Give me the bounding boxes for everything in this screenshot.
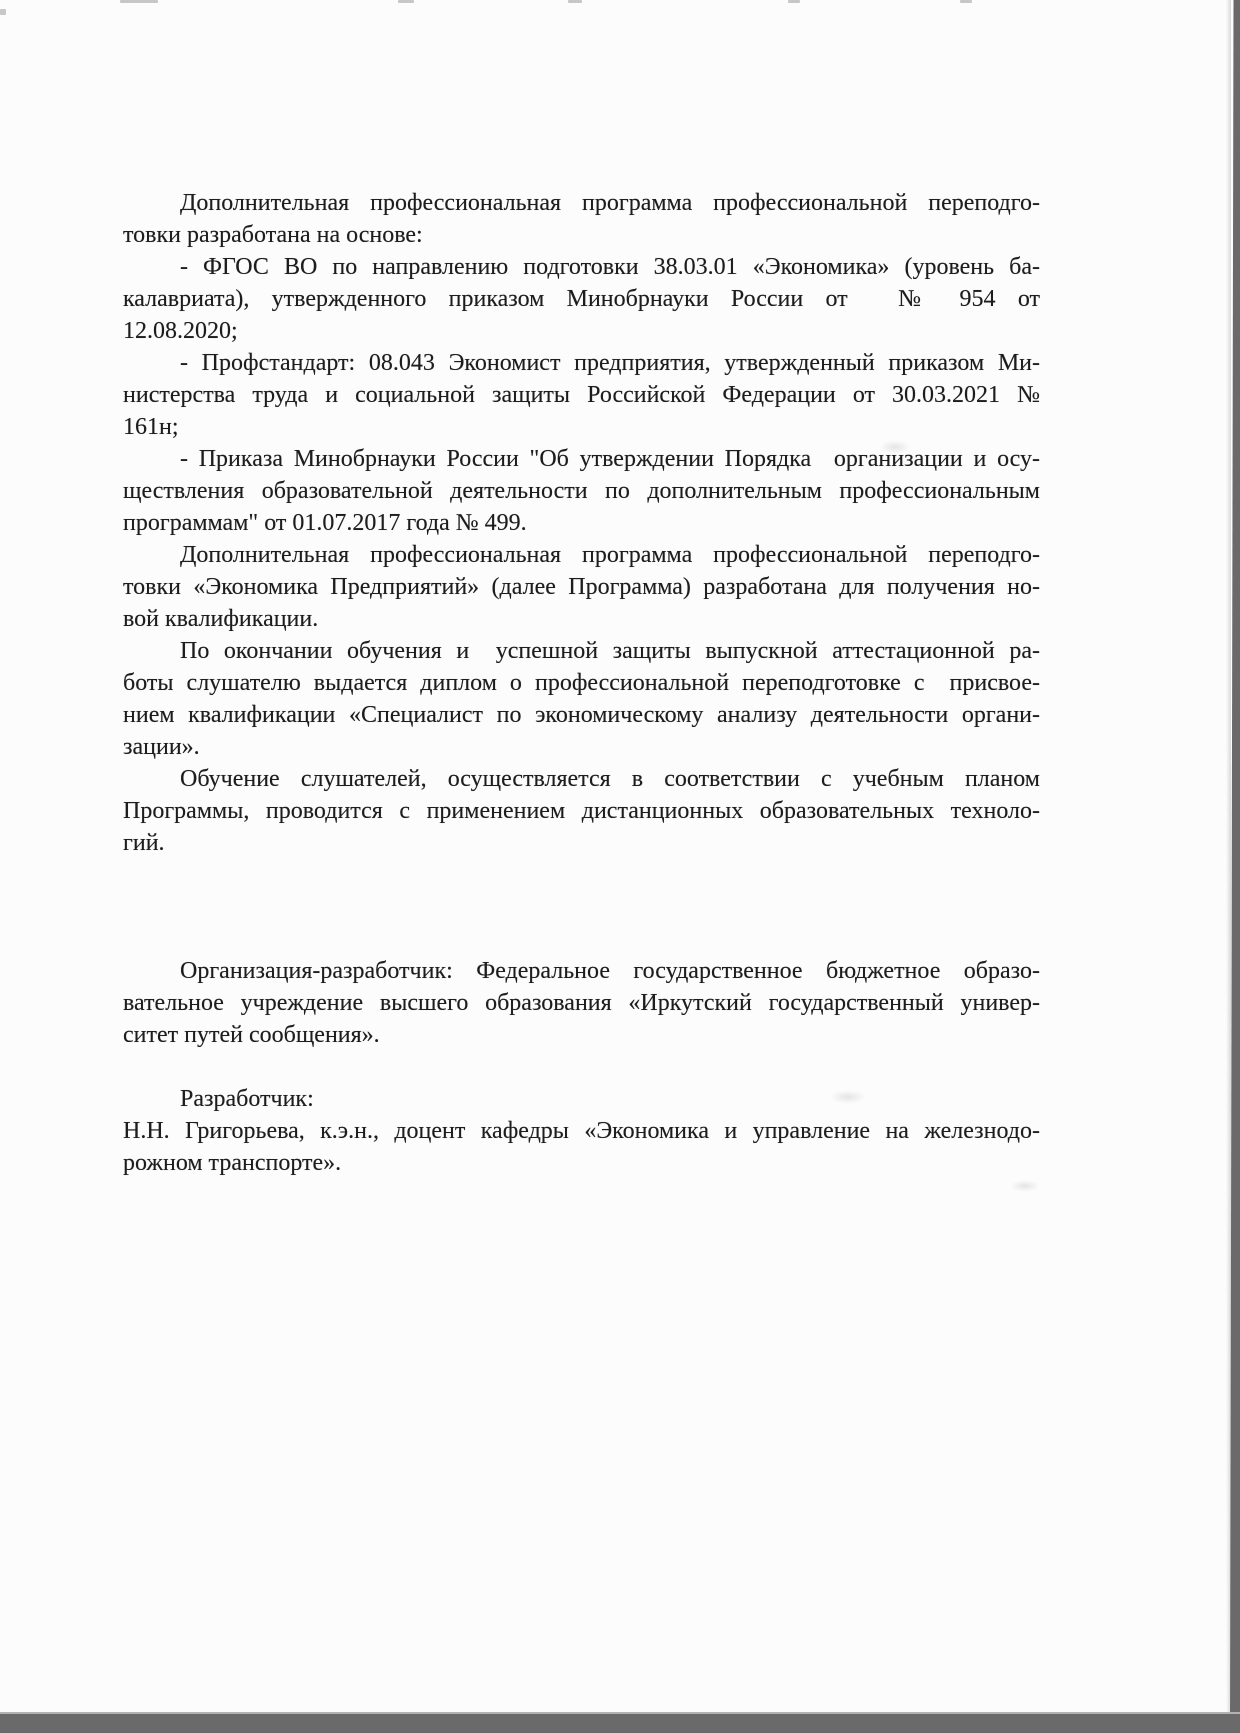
scan-mark — [568, 0, 582, 3]
text-line: 12.08.2020; — [123, 315, 1040, 347]
text-line: гий. — [123, 827, 1040, 859]
paragraph-prikaz-item: - Приказа Минобрнауки России "Об утвержд… — [123, 443, 1040, 539]
paragraph-profstandart-item: - Профстандарт: 08.043 Экономист предпри… — [123, 347, 1040, 443]
scan-mark — [120, 0, 158, 3]
text-line: нистерства труда и социальной защиты Рос… — [123, 379, 1040, 411]
paragraph-developer-organization: Организация-разработчик: Федеральное гос… — [123, 955, 1040, 1051]
text-line: Н.Н. Григорьева, к.э.н., доцент кафедры … — [123, 1115, 1040, 1147]
paragraph-developer-label: Разработчик: — [123, 1083, 1040, 1115]
scan-mark — [960, 0, 972, 3]
text-line: боты слушателю выдается диплом о професс… — [123, 667, 1040, 699]
scanned-page: Дополнительная профессиональная программ… — [0, 0, 1240, 1733]
text-line: калавриата), утвержденного приказом Мино… — [123, 283, 1040, 315]
text-line: По окончании обучения и успешной защиты … — [123, 635, 1040, 667]
scanner-edge-right — [1230, 0, 1240, 1733]
text-line: рожном транспорте». — [123, 1147, 1040, 1179]
scanner-edge-bottom — [0, 1712, 1240, 1733]
text-line: товки «Экономика Предприятий» (далее Про… — [123, 571, 1040, 603]
text-line: программам" от 01.07.2017 года № 499. — [123, 507, 1040, 539]
text-line: - Приказа Минобрнауки России "Об утвержд… — [123, 443, 1040, 475]
text-line: - ФГОС ВО по направлению подготовки 38.0… — [123, 251, 1040, 283]
text-line: Дополнительная профессиональная программ… — [123, 187, 1040, 219]
scan-mark — [398, 0, 414, 3]
text-line: товки разработана на основе: — [123, 219, 1040, 251]
text-line: вательное учреждение высшего образования… — [123, 987, 1040, 1019]
text-line: Обучение слушателей, осуществляется в со… — [123, 763, 1040, 795]
page-edge-shadow — [1226, 0, 1231, 1733]
paragraph-developer-person: Н.Н. Григорьева, к.э.н., доцент кафедры … — [123, 1115, 1040, 1179]
paragraph-intro: Дополнительная профессиональная программ… — [123, 187, 1040, 251]
text-line: Организация-разработчик: Федеральное гос… — [123, 955, 1040, 987]
text-line: Дополнительная профессиональная программ… — [123, 539, 1040, 571]
text-line: нием квалификации «Специалист по экономи… — [123, 699, 1040, 731]
scan-mark — [0, 9, 6, 15]
text-line: Разработчик: — [123, 1083, 1040, 1115]
text-line: вой квалификации. — [123, 603, 1040, 635]
paper-smudge — [1010, 1180, 1040, 1192]
paragraph-diploma-qualification: По окончании обучения и успешной защиты … — [123, 635, 1040, 763]
text-line: ситет путей сообщения». — [123, 1019, 1040, 1051]
text-line: ществления образовательной деятельности … — [123, 475, 1040, 507]
text-block: Дополнительная профессиональная программ… — [123, 187, 1040, 1179]
paragraph-program-purpose: Дополнительная профессиональная программ… — [123, 539, 1040, 635]
text-line: зации». — [123, 731, 1040, 763]
text-line: - Профстандарт: 08.043 Экономист предпри… — [123, 347, 1040, 379]
scan-mark — [788, 0, 800, 3]
paragraph-fgos-item: - ФГОС ВО по направлению подготовки 38.0… — [123, 251, 1040, 347]
paragraph-training-form: Обучение слушателей, осуществляется в со… — [123, 763, 1040, 859]
text-line: 161н; — [123, 411, 1040, 443]
text-line: Программы, проводится с применением дист… — [123, 795, 1040, 827]
